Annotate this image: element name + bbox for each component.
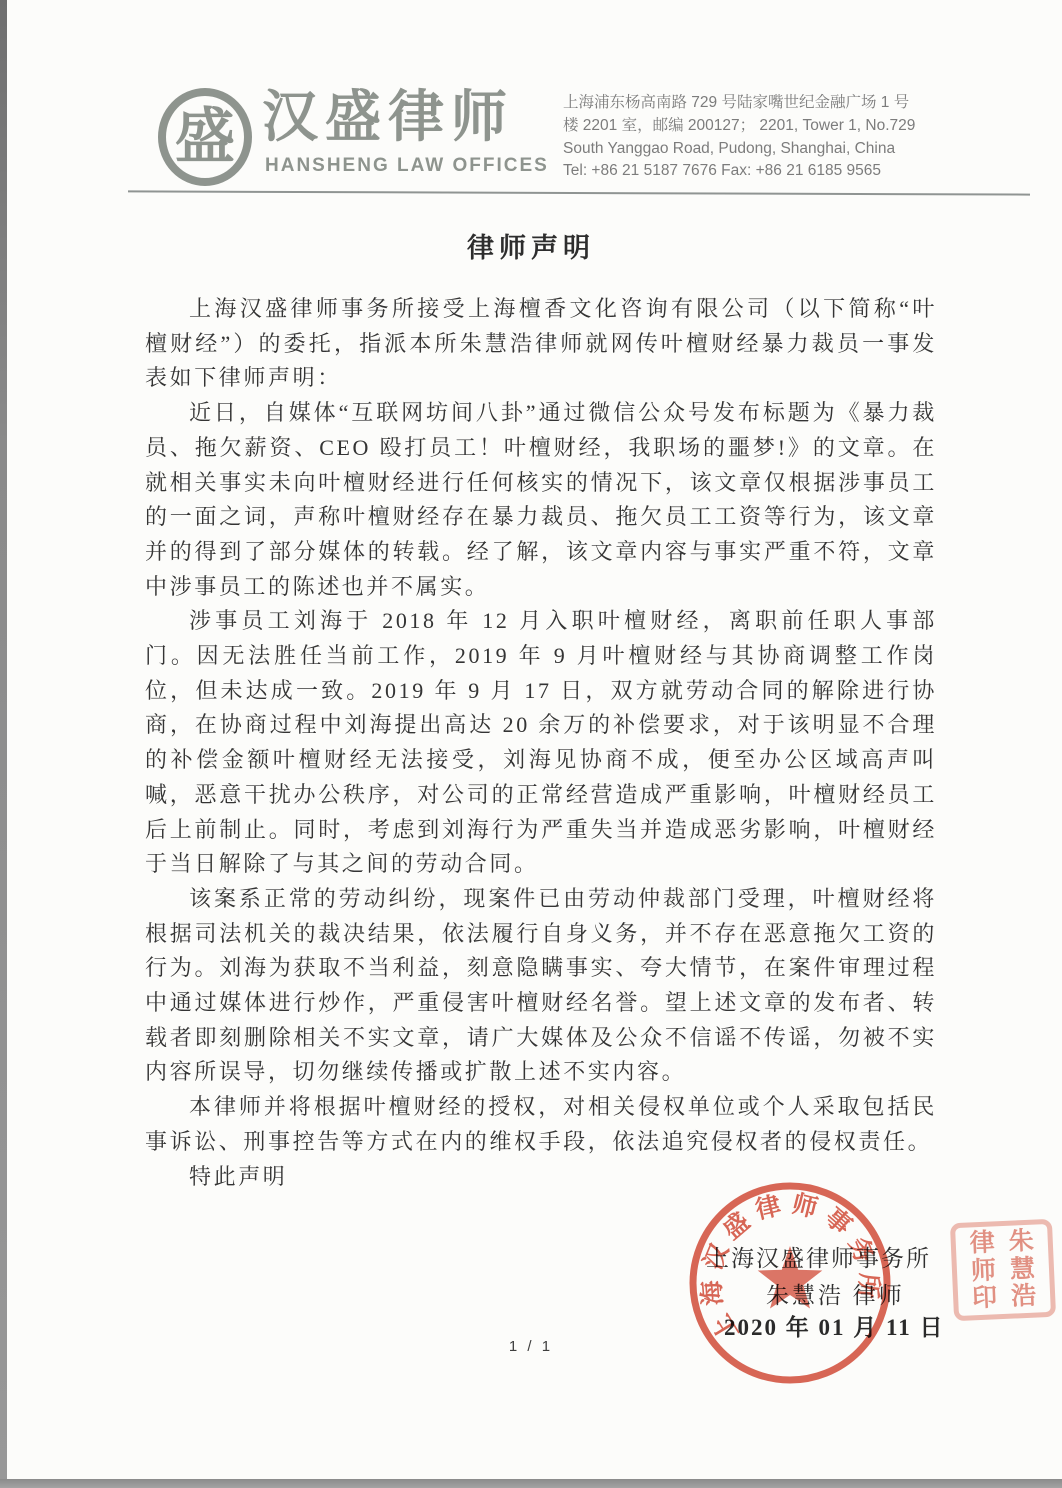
scan-edge-left — [0, 0, 7, 1488]
seal-column-left: 律 师 印 — [969, 1229, 998, 1312]
seal-char: 印 — [972, 1284, 998, 1312]
hansheng-logo-icon: 盛 — [158, 88, 252, 186]
logo-character: 盛 — [175, 107, 235, 167]
seal-char: 慧 — [1009, 1255, 1035, 1283]
header-divider — [128, 190, 1030, 195]
brand-name-chinese: 汉盛律师 — [262, 86, 514, 150]
seal-char: 师 — [970, 1257, 996, 1285]
seal-char: 浩 — [1011, 1283, 1037, 1311]
scanned-document-page: 盛 汉盛律师 HANSHENG LAW OFFICES 上海浦东杨高南路 729… — [0, 0, 1062, 1488]
document-body: 上海汉盛律师事务所接受上海檀香文化咨询有限公司（以下简称“叶檀财经”）的委托，指… — [145, 292, 937, 1194]
paragraph: 上海汉盛律师事务所接受上海檀香文化咨询有限公司（以下简称“叶檀财经”）的委托，指… — [145, 292, 937, 396]
page-number: 1 / 1 — [0, 1338, 1062, 1355]
seal-char: 朱 — [1008, 1228, 1034, 1256]
paragraph: 该案系正常的劳动纠纷，现案件已由劳动仲裁部门受理，叶檀财经将根据司法机关的裁决结… — [145, 882, 937, 1090]
round-firm-seal: 上海汉盛律师事务所 — [684, 1178, 896, 1388]
document-title: 律师声明 — [135, 226, 927, 265]
brand-name-english: HANSHENG LAW OFFICES — [265, 155, 549, 177]
paragraph: 近日，自媒体“互联网坊间八卦”通过微信公众号发布标题为《暴力裁员、拖欠薪资、CE… — [145, 396, 937, 604]
paragraph: 本律师并将根据叶檀财经的授权，对相关侵权单位或个人采取包括民事诉讼、刑事控告等方… — [145, 1090, 937, 1159]
letterhead-address-block: 上海浦东杨高南路 729 号陆家嘴世纪金融广场 1 号 楼 2201 室，邮编 … — [563, 92, 953, 183]
square-lawyer-seal: 律 师 印 朱 慧 浩 — [950, 1219, 1056, 1321]
scan-edge-bottom — [0, 1479, 1062, 1488]
address-line: 楼 2201 室，邮编 200127； 2201, Tower 1, No.72… — [563, 115, 953, 138]
address-line: 上海浦东杨高南路 729 号陆家嘴世纪金融广场 1 号 — [563, 92, 953, 115]
address-line: Tel: +86 21 5187 7676 Fax: +86 21 6185 9… — [563, 160, 953, 183]
address-line: South Yanggao Road, Pudong, Shanghai, Ch… — [563, 138, 953, 161]
paragraph: 涉事员工刘海于 2018 年 12 月入职叶檀财经，离职前任职人事部门。因无法胜… — [145, 604, 937, 882]
seal-char: 律 — [969, 1229, 995, 1257]
seal-column-right: 朱 慧 浩 — [1008, 1228, 1037, 1311]
star-icon — [758, 1246, 823, 1309]
